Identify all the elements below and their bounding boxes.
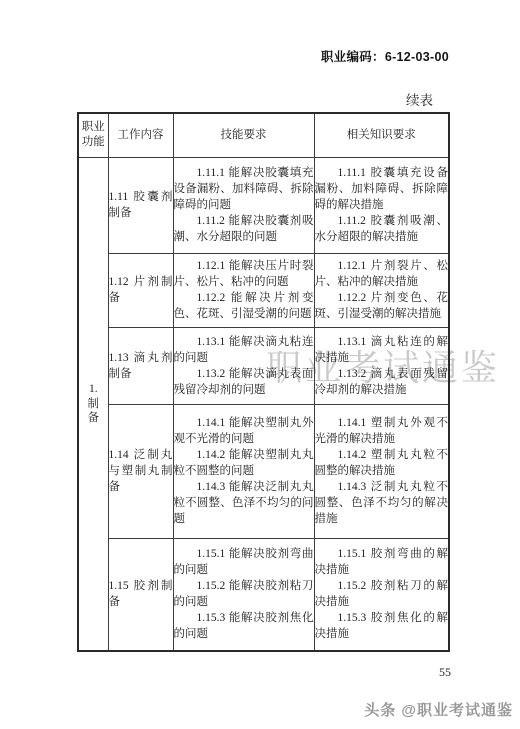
knowledge-requirements-cell: 1.15.1 胶剂弯曲的解决措施 1.15.2 胶剂粘刀的解决措施 1.15.3… — [314, 538, 449, 651]
knowledge-item: 1.12.1 片剂裂片、松片、粘冲的解决措施 — [315, 258, 449, 290]
skill-item: 1.11.2 能解决胶囊剂吸潮、水分超限的问题 — [174, 213, 314, 245]
table-row: 1.12 片剂制备 1.12.1 能解决压片时裂片、松片、粘冲的问题 1.12.… — [78, 253, 449, 327]
skill-item: 1.13.1 能解决滴丸粘连的问题 — [174, 334, 314, 366]
skill-requirements-cell: 1.15.1 能解决胶剂弯曲的问题 1.15.2 能解决胶剂粘刀的问题 1.15… — [173, 538, 314, 651]
skill-item: 1.13.2 能解决滴丸表面残留冷却剂的问题 — [174, 366, 314, 398]
skill-item: 1.11.1 能解决胶囊填充设备漏粉、加料障碍、拆除障碍的问题 — [174, 165, 314, 213]
col-header-function: 职业功能 — [78, 113, 108, 157]
skill-requirements-cell: 1.14.1 能解决塑制丸外观不光滑的问题 1.14.2 能解决塑制丸丸粒不圆整… — [173, 404, 314, 538]
work-content-cell: 1.14 泛制丸与塑制丸制备 — [108, 404, 173, 538]
knowledge-item: 1.14.3 泛制丸丸粒不圆整、色泽不均匀的解决措施 — [315, 479, 449, 527]
skill-item: 1.15.2 能解决胶剂粘刀的问题 — [174, 578, 314, 610]
knowledge-item: 1.11.1 胶囊填充设备漏粉、加料障碍、拆除障碍的解决措施 — [315, 165, 449, 213]
document-page: 职业编码：6-12-03-00 续表 职业考试通鉴 职业功能 工作内容 技能要求… — [0, 0, 520, 729]
page-number: 55 — [439, 665, 451, 680]
table-row: 1.14 泛制丸与塑制丸制备 1.14.1 能解决塑制丸外观不光滑的问题 1.1… — [78, 404, 449, 538]
skill-item: 1.14.2 能解决塑制丸丸粒不圆整的问题 — [174, 447, 314, 479]
skill-item: 1.15.3 能解决胶剂焦化的问题 — [174, 610, 314, 642]
knowledge-item: 1.15.1 胶剂弯曲的解决措施 — [315, 546, 449, 578]
function-line: 备 — [79, 411, 108, 426]
knowledge-requirements-cell: 1.12.1 片剂裂片、松片、粘冲的解决措施 1.12.2 片剂变色、花斑、引湿… — [314, 253, 449, 327]
function-line: 制 — [79, 397, 108, 412]
work-content-cell: 1.11 胶囊剂制备 — [108, 157, 173, 253]
table-row: 1.15 胶剂制备 1.15.1 能解决胶剂弯曲的问题 1.15.2 能解决胶剂… — [78, 538, 449, 651]
work-content-cell: 1.15 胶剂制备 — [108, 538, 173, 651]
skill-item: 1.15.1 能解决胶剂弯曲的问题 — [174, 546, 314, 578]
knowledge-item: 1.11.2 胶囊剂吸潮、水分超限的解决措施 — [315, 213, 449, 245]
skill-item: 1.14.3 能解决泛制丸丸粒不圆整、色泽不均匀的问题 — [174, 479, 314, 527]
occupational-standard-table: 职业功能 工作内容 技能要求 相关知识要求 1. 制 备 1.11 胶囊剂制备 — [77, 112, 450, 652]
knowledge-item: 1.15.3 胶剂焦化的解决措施 — [315, 610, 449, 642]
knowledge-item: 1.13.1 滴丸粘连的解决措施 — [315, 334, 449, 366]
work-content-label: 1.14 泛制丸与塑制丸制备 — [109, 447, 173, 495]
skill-requirements-cell: 1.13.1 能解决滴丸粘连的问题 1.13.2 能解决滴丸表面残留冷却剂的问题 — [173, 327, 314, 404]
knowledge-requirements-cell: 1.11.1 胶囊填充设备漏粉、加料障碍、拆除障碍的解决措施 1.11.2 胶囊… — [314, 157, 449, 253]
col-header-skill-requirements: 技能要求 — [173, 113, 314, 157]
knowledge-item: 1.13.2 滴丸表面残留冷却剂的解决措施 — [315, 366, 449, 398]
occupation-code-label: 职业编码：6-12-03-00 — [321, 47, 449, 65]
skill-item: 1.14.1 能解决塑制丸外观不光滑的问题 — [174, 415, 314, 447]
knowledge-item: 1.14.1 塑制丸外观不光滑的解决措施 — [315, 415, 449, 447]
col-header-work-content: 工作内容 — [108, 113, 173, 157]
skill-requirements-cell: 1.12.1 能解决压片时裂片、松片、粘冲的问题 1.12.2 能解决片剂变色、… — [173, 253, 314, 327]
work-content-label: 1.12 片剂制备 — [109, 274, 173, 306]
skill-requirements-cell: 1.11.1 能解决胶囊填充设备漏粉、加料障碍、拆除障碍的问题 1.11.2 能… — [173, 157, 314, 253]
skill-item: 1.12.2 能解决片剂变色、花斑、引湿受潮的问题 — [174, 290, 314, 322]
col-header-knowledge-requirements: 相关知识要求 — [314, 113, 449, 157]
header-row: 职业功能 工作内容 技能要求 相关知识要求 — [78, 113, 449, 157]
continued-table-label: 续表 — [406, 89, 433, 109]
work-content-label: 1.11 胶囊剂制备 — [109, 189, 173, 221]
footer-watermark: 头条 @职业考试通鉴 — [364, 699, 513, 720]
knowledge-requirements-cell: 1.14.1 塑制丸外观不光滑的解决措施 1.14.2 塑制丸丸粒不圆整的解决措… — [314, 404, 449, 538]
knowledge-item: 1.12.2 片剂变色、花斑、引湿受潮的解决措施 — [315, 290, 449, 322]
function-line: 1. — [79, 382, 108, 397]
knowledge-item: 1.14.2 塑制丸丸粒不圆整的解决措施 — [315, 447, 449, 479]
standard-table-wrap: 职业功能 工作内容 技能要求 相关知识要求 1. 制 备 1.11 胶囊剂制备 — [77, 112, 450, 652]
work-content-label: 1.13 滴丸剂制备 — [109, 350, 173, 382]
function-cell: 1. 制 备 — [78, 157, 108, 651]
work-content-label: 1.15 胶剂制备 — [109, 578, 173, 610]
knowledge-requirements-cell: 1.13.1 滴丸粘连的解决措施 1.13.2 滴丸表面残留冷却剂的解决措施 — [314, 327, 449, 404]
table-row: 1. 制 备 1.11 胶囊剂制备 1.11.1 能解决胶囊填充设备漏粉、加料障… — [78, 157, 449, 253]
work-content-cell: 1.12 片剂制备 — [108, 253, 173, 327]
knowledge-item: 1.15.2 胶剂粘刀的解决措施 — [315, 578, 449, 610]
work-content-cell: 1.13 滴丸剂制备 — [108, 327, 173, 404]
skill-item: 1.12.1 能解决压片时裂片、松片、粘冲的问题 — [174, 258, 314, 290]
table-row: 1.13 滴丸剂制备 1.13.1 能解决滴丸粘连的问题 1.13.2 能解决滴… — [78, 327, 449, 404]
